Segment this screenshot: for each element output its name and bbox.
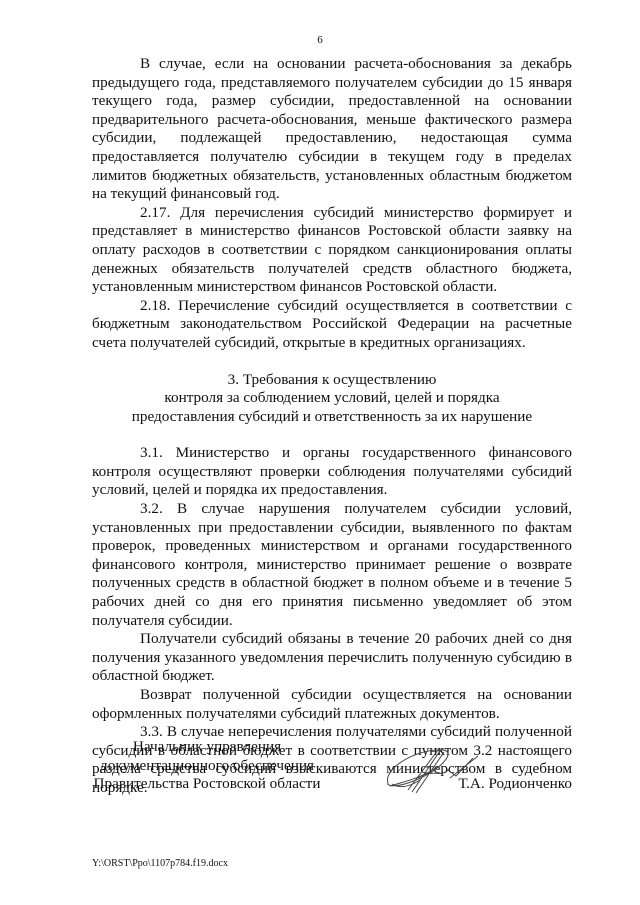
signatory-title-line: Правительства Ростовской области [92, 775, 322, 794]
paragraph-2-17: 2.17. Для перечисления субсидий министер… [92, 204, 572, 297]
paragraph: Получатели субсидий обязаны в течение 20… [92, 630, 572, 686]
paragraph: В случае, если на основании расчета-обос… [92, 55, 572, 204]
paragraph-2-18: 2.18. Перечисление субсидий осуществляет… [92, 297, 572, 353]
paragraph-3-1: 3.1. Министерство и органы государственн… [92, 444, 572, 500]
section-heading-line: предоставления субсидий и ответственност… [92, 408, 572, 427]
signatory-title-line: Начальник управления [92, 738, 322, 757]
section-heading-line: 3. Требования к осуществлению [92, 371, 572, 390]
paragraph: Возврат полученной субсидии осуществляет… [92, 686, 572, 723]
section-heading: 3. Требования к осуществлению контроля з… [92, 371, 572, 427]
document-body: В случае, если на основании расчета-обос… [92, 55, 572, 798]
paragraph-3-2: 3.2. В случае нарушения получателем субс… [92, 500, 572, 630]
file-path-footer: Y:\ORST\Ppo\1107p784.f19.docx [92, 858, 228, 869]
signatory-name: Т.А. Родионченко [458, 775, 572, 794]
signatory-title: Начальник управления документационного о… [92, 738, 322, 794]
section-heading-line: контроля за соблюдением условий, целей и… [92, 389, 572, 408]
signatory-title-line: документационного обеспечения [92, 757, 322, 776]
page-number: 6 [0, 34, 640, 46]
